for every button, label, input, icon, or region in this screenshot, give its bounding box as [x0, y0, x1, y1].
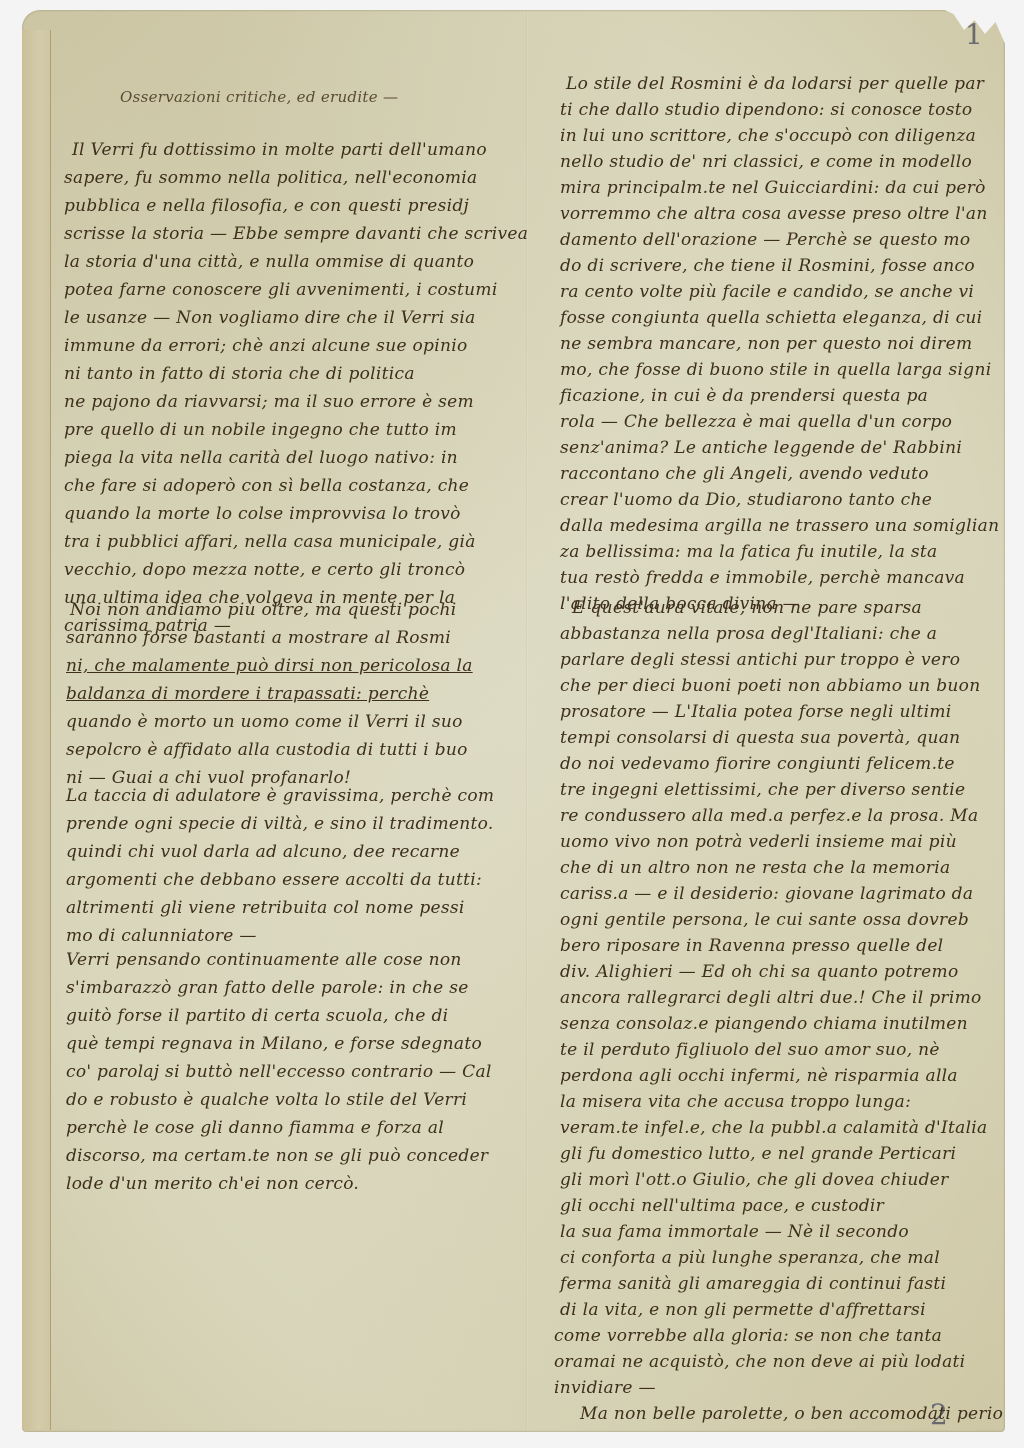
- text-line: Verri pensando continuamente alle cose n…: [66, 950, 462, 970]
- text-line: cariss.a — e il desiderio: giovane lagri…: [560, 884, 973, 904]
- text-line: do di scrivere, che tiene il Rosmini, fo…: [560, 256, 975, 276]
- text-line: za bellissima: ma la fatica fu inutile, …: [560, 542, 937, 562]
- text-line: gli occhi nell'ultima pace, e custodir: [560, 1196, 884, 1216]
- text-line: quando è morto un uomo come il Verri il …: [66, 712, 463, 732]
- text-line: perchè le cose gli danno fiamma e forza …: [66, 1118, 444, 1138]
- text-line: in lui uno scrittore, che s'occupò con d…: [560, 126, 976, 146]
- text-line: mo, che fosse di buono stile in quella l…: [560, 360, 991, 380]
- text-line: ni tanto in fatto di storia che di polit…: [64, 364, 415, 384]
- text-line: uomo vivo non potrà vederli insieme mai …: [560, 832, 957, 852]
- text-line: tempi consolarsi di questa sua povertà, …: [560, 728, 960, 748]
- text-line: altrimenti gli viene retribuita col nome…: [66, 898, 465, 918]
- text-line: che fare si adoperò con sì bella costanz…: [64, 476, 469, 496]
- text-line: la storia d'una città, e nulla ommise di…: [64, 252, 474, 272]
- text-line: fosse congiunta quella schietta eleganza…: [560, 308, 982, 328]
- text-line: quindi chi vuol darla ad alcuno, dee rec…: [66, 842, 460, 862]
- text-line: la sua fama immortale — Nè il secondo: [560, 1222, 909, 1242]
- text-line: pubblica e nella filosofia, e con questi…: [64, 196, 469, 216]
- text-line: la misera vita che accusa troppo lunga:: [560, 1092, 911, 1112]
- text-line: discorso, ma certam.te non se gli può co…: [66, 1146, 488, 1166]
- text-line: abbastanza nella prosa degl'Italiani: ch…: [560, 624, 937, 644]
- text-line: ancora rallegrarci degli altri due.! Che…: [560, 988, 982, 1008]
- text-line: bero riposare in Ravenna presso quelle d…: [560, 936, 943, 956]
- text-line: mira principalm.te nel Guicciardini: da …: [560, 178, 986, 198]
- text-line: tre ingegni elettissimi, che per diverso…: [560, 780, 965, 800]
- text-line: ra cento volte più facile e candido, se …: [560, 282, 974, 302]
- text-line: Il Verri fu dottissimo in molte parti de…: [72, 140, 487, 160]
- text-line: què tempi regnava in Milano, e forse sde…: [66, 1034, 482, 1054]
- text-line: ficazione, in cui è da prendersi questa …: [560, 386, 928, 406]
- text-line: saranno forse bastanti a mostrare al Ros…: [66, 628, 451, 648]
- text-line: div. Alighieri — Ed oh chi sa quanto pot…: [560, 962, 959, 982]
- text-line: potea farne conoscere gli avvenimenti, i…: [64, 280, 498, 300]
- text-line: guitò forse il partito di certa scuola, …: [66, 1006, 448, 1026]
- text-line: crear l'uomo da Dio, studiarono tanto ch…: [560, 490, 932, 510]
- text-line: tra i pubblici affari, nella casa munici…: [64, 532, 476, 552]
- text-line: immune da errori; chè anzi alcune sue op…: [64, 336, 468, 356]
- text-line: pre quello di un nobile ingegno che tutt…: [64, 420, 457, 440]
- text-line: La taccia di adulatore è gravissima, per…: [66, 786, 494, 806]
- text-line: argomenti che debbano essere accolti da …: [66, 870, 482, 890]
- text-line: veram.te infel.e, che la pubbl.a calamit…: [560, 1118, 987, 1138]
- text-line: gli morì l'ott.o Giulio, che gli dovea c…: [560, 1170, 949, 1190]
- text-line: invidiare —: [554, 1378, 656, 1398]
- text-line: s'imbarazzò gran fatto delle parole: in …: [66, 978, 469, 998]
- text-line: come vorrebbe alla gloria: se non che ta…: [554, 1326, 942, 1346]
- text-line: senz'anima? Le antiche leggende de' Rabb…: [560, 438, 962, 458]
- text-line: ni — Guai a chi vuol profanarlo!: [66, 768, 351, 788]
- text-line: ne pajono da riavvarsi; ma il suo errore…: [64, 392, 474, 412]
- text-line: nello studio de' nri classici, e come in…: [560, 152, 972, 172]
- text-line: le usanze — Non vogliamo dire che il Ver…: [64, 308, 476, 328]
- text-line: vecchio, dopo mezza notte, e certo gli t…: [64, 560, 465, 580]
- text-line: parlare degli stessi antichi pur troppo …: [560, 650, 960, 670]
- text-line: ne sembra mancare, non per questo noi di…: [560, 334, 972, 354]
- text-line: di la vita, e non gli permette d'affrett…: [560, 1300, 926, 1320]
- text-line: ti che dallo studio dipendono: si conosc…: [560, 100, 972, 120]
- page-number-top: 1: [965, 18, 983, 51]
- text-line: ni, che malamente può dirsi non pericolo…: [66, 656, 473, 676]
- folded-left-edge: [22, 30, 51, 1430]
- text-line: che di un altro non ne resta che la memo…: [560, 858, 950, 878]
- text-line: senza consolaz.e piangendo chiama inutil…: [560, 1014, 968, 1034]
- text-line: quando la morte lo colse improvvisa lo t…: [64, 504, 461, 524]
- text-line: mo di calunniatore —: [66, 926, 257, 946]
- text-line: che per dieci buoni poeti non abbiamo un…: [560, 676, 980, 696]
- text-line: ferma sanità gli amareggia di continui f…: [560, 1274, 946, 1294]
- text-line: sepolcro è affidato alla custodia di tut…: [66, 740, 468, 760]
- text-line: Lo stile del Rosmini è da lodarsi per qu…: [566, 74, 984, 94]
- text-line: rola — Che bellezza è mai quella d'un co…: [560, 412, 952, 432]
- text-line: re condussero alla med.a perfez.e la pro…: [560, 806, 978, 826]
- text-line: ci conforta a più lunghe speranza, che m…: [560, 1248, 940, 1268]
- text-line: gli fu domestico lutto, e nel grande Per…: [560, 1144, 956, 1164]
- section-heading: Osservazioni critiche, ed erudite —: [120, 88, 398, 106]
- text-line: piega la vita nella carità del luogo nat…: [64, 448, 458, 468]
- text-line: co' parolaj si buttò nell'eccesso contra…: [66, 1062, 492, 1082]
- text-line: E quest'aura vitale, non ne pare sparsa: [572, 598, 922, 618]
- text-line: dalla medesima argilla ne trassero una s…: [560, 516, 999, 536]
- text-line: lode d'un merito ch'ei non cercò.: [66, 1174, 359, 1194]
- text-line: vorremmo che altra cosa avesse preso olt…: [560, 204, 988, 224]
- text-line: do e robusto è qualche volta lo stile de…: [66, 1090, 467, 1110]
- text-line: te il perduto figliuolo del suo amor suo…: [560, 1040, 940, 1060]
- text-line: damento dell'orazione — Perchè se questo…: [560, 230, 970, 250]
- text-line: baldanza di mordere i trapassati: perchè: [66, 684, 429, 704]
- text-line: tua restò fredda e immobile, perchè manc…: [560, 568, 965, 588]
- text-line: Noi non andiamo più oltre, ma questi poc…: [70, 600, 457, 620]
- text-line: raccontano che gli Angeli, avendo veduto: [560, 464, 929, 484]
- text-line: oramai ne acquistò, che non deve ai più …: [554, 1352, 965, 1372]
- text-line: prende ogni specie di viltà, e sino il t…: [66, 814, 494, 834]
- text-line: ogni gentile persona, le cui sante ossa …: [560, 910, 969, 930]
- text-line: scrisse la storia — Ebbe sempre davanti …: [64, 224, 528, 244]
- text-line: prosatore — L'Italia potea forse negli u…: [560, 702, 952, 722]
- text-line: perdona agli occhi infermi, nè risparmia…: [560, 1066, 958, 1086]
- text-line: sapere, fu sommo nella politica, nell'ec…: [64, 168, 477, 188]
- text-line: Ma non belle parolette, o ben accomodati…: [580, 1404, 1003, 1424]
- text-line: do noi vedevamo fiorire congiunti felice…: [560, 754, 955, 774]
